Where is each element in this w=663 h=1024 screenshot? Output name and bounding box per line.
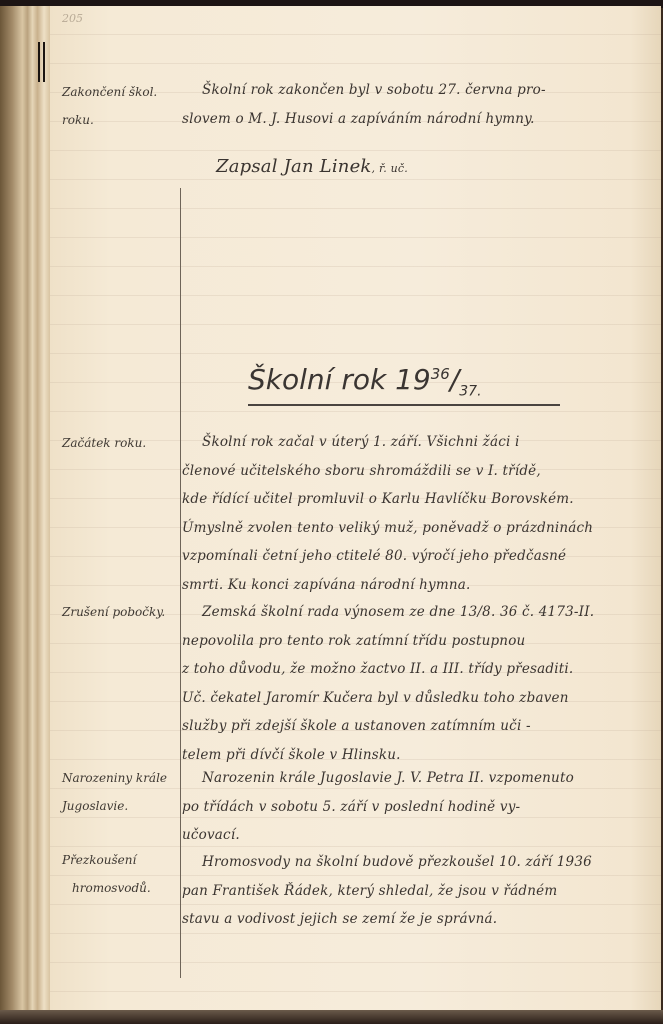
label-line: Zakončení škol. bbox=[62, 78, 157, 106]
entry-kings-birthday: Narozenin krále Jugoslavie J. V. Petra I… bbox=[182, 764, 648, 850]
text-line: Zemská školní rada výnosem ze dne 13/8. … bbox=[182, 598, 648, 627]
signature-name: Zapsal Jan Linek bbox=[216, 156, 372, 177]
text-line: kde řídící učitel promluvil o Karlu Havl… bbox=[182, 485, 648, 514]
page-number: 205 bbox=[62, 12, 83, 25]
text-line: členové učitelského sboru shromáždili se… bbox=[182, 457, 648, 486]
school-year-heading: Školní rok 1936/37. bbox=[248, 363, 482, 400]
text-line: Narozenin krále Jugoslavie J. V. Petra I… bbox=[182, 764, 648, 793]
heading-slash: / bbox=[450, 363, 459, 396]
scan-bottom-border bbox=[0, 1010, 663, 1024]
entry-lightning-rod-inspection: Hromosvody na školní budově přezkoušel 1… bbox=[182, 848, 648, 934]
entry-branch-closure: Zemská školní rada výnosem ze dne 13/8. … bbox=[182, 598, 648, 769]
text-line: smrti. Ku konci zapívána národní hymna. bbox=[182, 571, 648, 600]
text-line: Uč. čekatel Jaromír Kučera byl v důsledk… bbox=[182, 684, 648, 713]
text-line: Školní rok začal v úterý 1. září. Všichn… bbox=[182, 428, 648, 457]
margin-label-lightning-rod-inspection: Přezkoušení hromosvodů. bbox=[62, 846, 151, 902]
text-line: Hromosvody na školní budově přezkoušel 1… bbox=[182, 848, 648, 877]
text-line: Úmyslně zvolen tento veliký muž, poněvad… bbox=[182, 514, 648, 543]
signature: Zapsal Jan Linek, ř. uč. bbox=[216, 156, 408, 177]
label-line: roku. bbox=[62, 106, 157, 134]
text-line: služby při zdejší škole a ustanoven zatí… bbox=[182, 712, 648, 741]
signature-title: , ř. uč. bbox=[372, 162, 408, 175]
text-line: po třídách v sobotu 5. září v poslední h… bbox=[182, 793, 648, 822]
text-line: vzpomínali četní jeho ctitelé 80. výročí… bbox=[182, 542, 648, 571]
heading-text: Školní rok 19 bbox=[248, 363, 431, 396]
binding-marks bbox=[38, 42, 48, 82]
margin-label-kings-birthday: Narozeniny krále Jugoslavie. bbox=[62, 764, 167, 820]
margin-rule bbox=[180, 188, 181, 978]
text-line: z toho důvodu, že možno žactvo II. a III… bbox=[182, 655, 648, 684]
margin-label-start-of-year: Začátek roku. bbox=[62, 429, 146, 457]
text-line: Školní rok zakončen byl v sobotu 27. čer… bbox=[182, 76, 648, 105]
label-line: Přezkoušení bbox=[62, 846, 151, 874]
entry-start-of-year: Školní rok začal v úterý 1. září. Všichn… bbox=[182, 428, 648, 599]
label-line: Začátek roku. bbox=[62, 429, 146, 457]
margin-label-end-of-year: Zakončení škol. roku. bbox=[62, 78, 157, 134]
text-line: učovací. bbox=[182, 821, 648, 850]
label-line: Jugoslavie. bbox=[62, 792, 167, 820]
ledger-page: 205 Zakončení škol. roku. Školní rok zak… bbox=[50, 6, 661, 1010]
heading-year-start: 36 bbox=[431, 365, 450, 383]
text-line: pan František Řádek, který shledal, že j… bbox=[182, 877, 648, 906]
label-line: Narozeniny krále bbox=[62, 764, 167, 792]
entry-end-of-year: Školní rok zakončen byl v sobotu 27. čer… bbox=[182, 76, 648, 133]
book-page-edges bbox=[0, 6, 50, 1012]
margin-label-branch-closure: Zrušení pobočky. bbox=[62, 598, 165, 626]
text-line: stavu a vodivost jejich se zemí že je sp… bbox=[182, 905, 648, 934]
text-line: nepovolila pro tento rok zatímní třídu p… bbox=[182, 627, 648, 656]
heading-year-end: 37. bbox=[459, 384, 481, 400]
label-line: Zrušení pobočky. bbox=[62, 598, 165, 626]
text-line: slovem o M. J. Husovi a zapíváním národn… bbox=[182, 105, 648, 134]
label-line: hromosvodů. bbox=[62, 874, 151, 902]
heading-underline bbox=[248, 404, 560, 406]
